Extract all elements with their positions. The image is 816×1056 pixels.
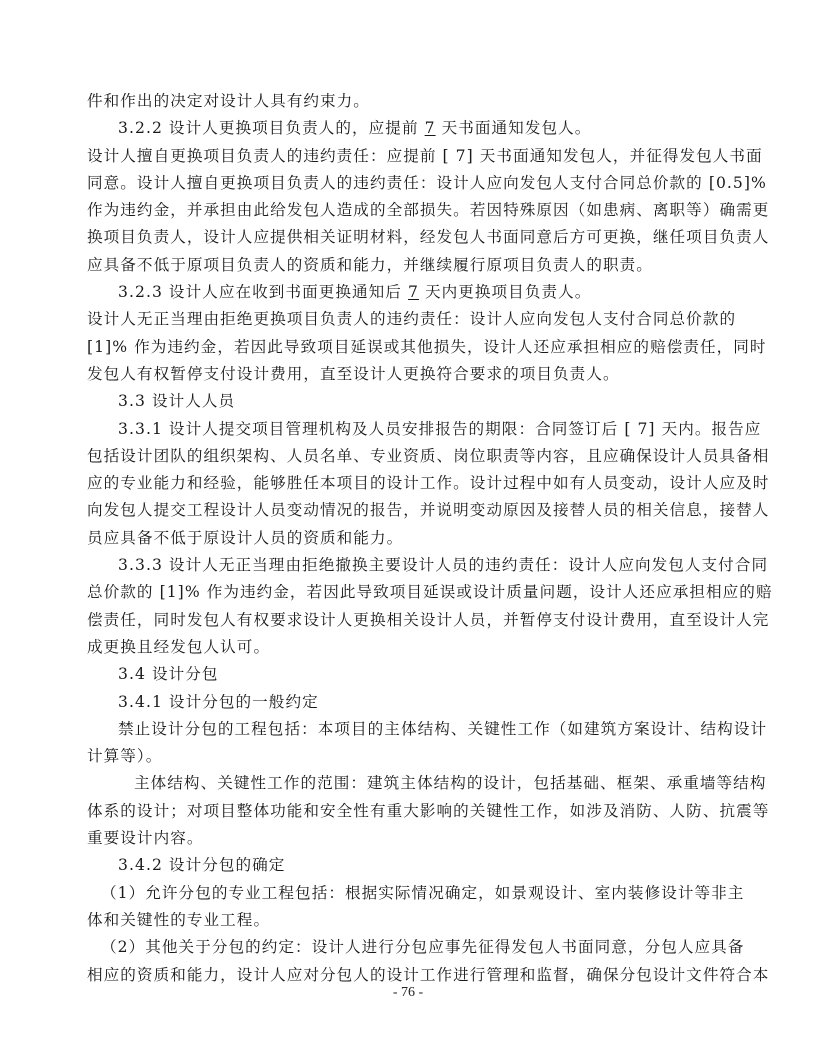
clause-text: 3.2.2 设计人更换项目负责人的，应提前 — [118, 119, 425, 137]
clause-3-3-1: 3.3.1 设计人提交项目管理机构及人员安排报告的期限：合同签订后 [ 7] 天… — [87, 416, 732, 443]
list-item-2: （2）其他关于分包的约定：设计人进行分包应事先征得发包人书面同意，分包人应具备 — [87, 934, 732, 961]
paragraph-line: 计算等）。 — [87, 743, 732, 770]
paragraph-line: 应的专业能力和经验，能够胜任本项目的设计工作。设计过程中如有人员变动，设计人应及… — [87, 470, 732, 497]
paragraph-line: 禁止设计分包的工程包括：本项目的主体结构、关键性工作（如建筑方案设计、结构设计 — [87, 716, 732, 743]
paragraph-line: 成更换且经发包人认可。 — [87, 634, 732, 661]
paragraph-line: 总价款的 [1]% 作为违约金，若因此导致项目延误或设计质量问题，设计人还应承担… — [87, 579, 732, 606]
underlined-days-value: 7 — [425, 119, 436, 137]
section-heading-3-3: 3.3 设计人人员 — [87, 388, 732, 415]
paragraph-line: 发包人有权暂停支付设计费用，直至设计人更换符合要求的项目负责人。 — [87, 361, 732, 388]
section-heading-3-4: 3.4 设计分包 — [87, 661, 732, 688]
paragraph-line: 件和作出的决定对设计人具有约束力。 — [87, 88, 732, 115]
clause-3-3-3: 3.3.3 设计人无正当理由拒绝撤换主要设计人员的违约责任：设计人应向发包人支付… — [87, 552, 732, 579]
paragraph-line: 偿责任，同时发包人有权要求设计人更换相关设计人员，并暂停支付设计费用，直至设计人… — [87, 607, 732, 634]
paragraph-line: 员应具备不低于原设计人员的资质和能力。 — [87, 525, 732, 552]
paragraph-line: 应具备不低于原项目负责人的资质和能力，并继续履行原项目负责人的职责。 — [87, 252, 732, 279]
paragraph-line: 主体结构、关键性工作的范围：建筑主体结构的设计，包括基础、框架、承重墙等结构 — [87, 770, 732, 797]
underlined-days-value: 7 — [408, 283, 419, 301]
paragraph-line: 同意。设计人擅自更换项目负责人的违约责任：设计人应向发包人支付合同总价款的 [0… — [87, 170, 732, 197]
paragraph-line: 重要设计内容。 — [87, 825, 732, 852]
paragraph-line: 体系的设计；对项目整体功能和安全性有重大影响的关键性工作，如涉及消防、人防、抗震… — [87, 798, 732, 825]
paragraph-line: 设计人擅自更换项目负责人的违约责任：应提前 [ 7] 天书面通知发包人，并征得发… — [87, 143, 732, 170]
paragraph-line: 换项目负责人，设计人应提供相关证明材料，经发包人书面同意后方可更换，继任项目负责… — [87, 224, 732, 251]
clause-text: 天内更换项目负责人。 — [419, 283, 591, 301]
clause-3-2-3: 3.2.3 设计人应在收到书面更换通知后 7 天内更换项目负责人。 — [87, 279, 732, 306]
clause-3-2-2: 3.2.2 设计人更换项目负责人的，应提前 7 天书面通知发包人。 — [87, 115, 732, 142]
paragraph-line: [1]% 作为违约金，若因此导致项目延误或其他损失，设计人还应承担相应的赔偿责任… — [87, 334, 732, 361]
list-item-1: （1）允许分包的专业工程包括：根据实际情况确定，如景观设计、室内装修设计等非主 — [87, 880, 732, 907]
paragraph-line: 包括设计团队的组织架构、人员名单、专业资质、岗位职责等内容，且应确保设计人员具备… — [87, 443, 732, 470]
clause-3-4-2: 3.4.2 设计分包的确定 — [87, 852, 732, 879]
paragraph-line: 体和关键性的专业工程。 — [87, 907, 732, 934]
page-number: - 76 - — [0, 985, 816, 1001]
clause-text: 天书面通知发包人。 — [436, 119, 592, 137]
paragraph-line: 设计人无正当理由拒绝更换项目负责人的违约责任：设计人应向发包人支付合同总价款的 — [87, 306, 732, 333]
clause-text: 3.2.3 设计人应在收到书面更换通知后 — [118, 283, 408, 301]
document-page-body: 件和作出的决定对设计人具有约束力。 3.2.2 设计人更换项目负责人的，应提前 … — [87, 88, 732, 989]
clause-3-4-1: 3.4.1 设计分包的一般约定 — [87, 689, 732, 716]
paragraph-line: 作为违约金，并承担由此给发包人造成的全部损失。若因特殊原因（如患病、离职等）确需… — [87, 197, 732, 224]
paragraph-line: 向发包人提交工程设计人员变动情况的报告，并说明变动原因及接替人员的相关信息，接替… — [87, 497, 732, 524]
